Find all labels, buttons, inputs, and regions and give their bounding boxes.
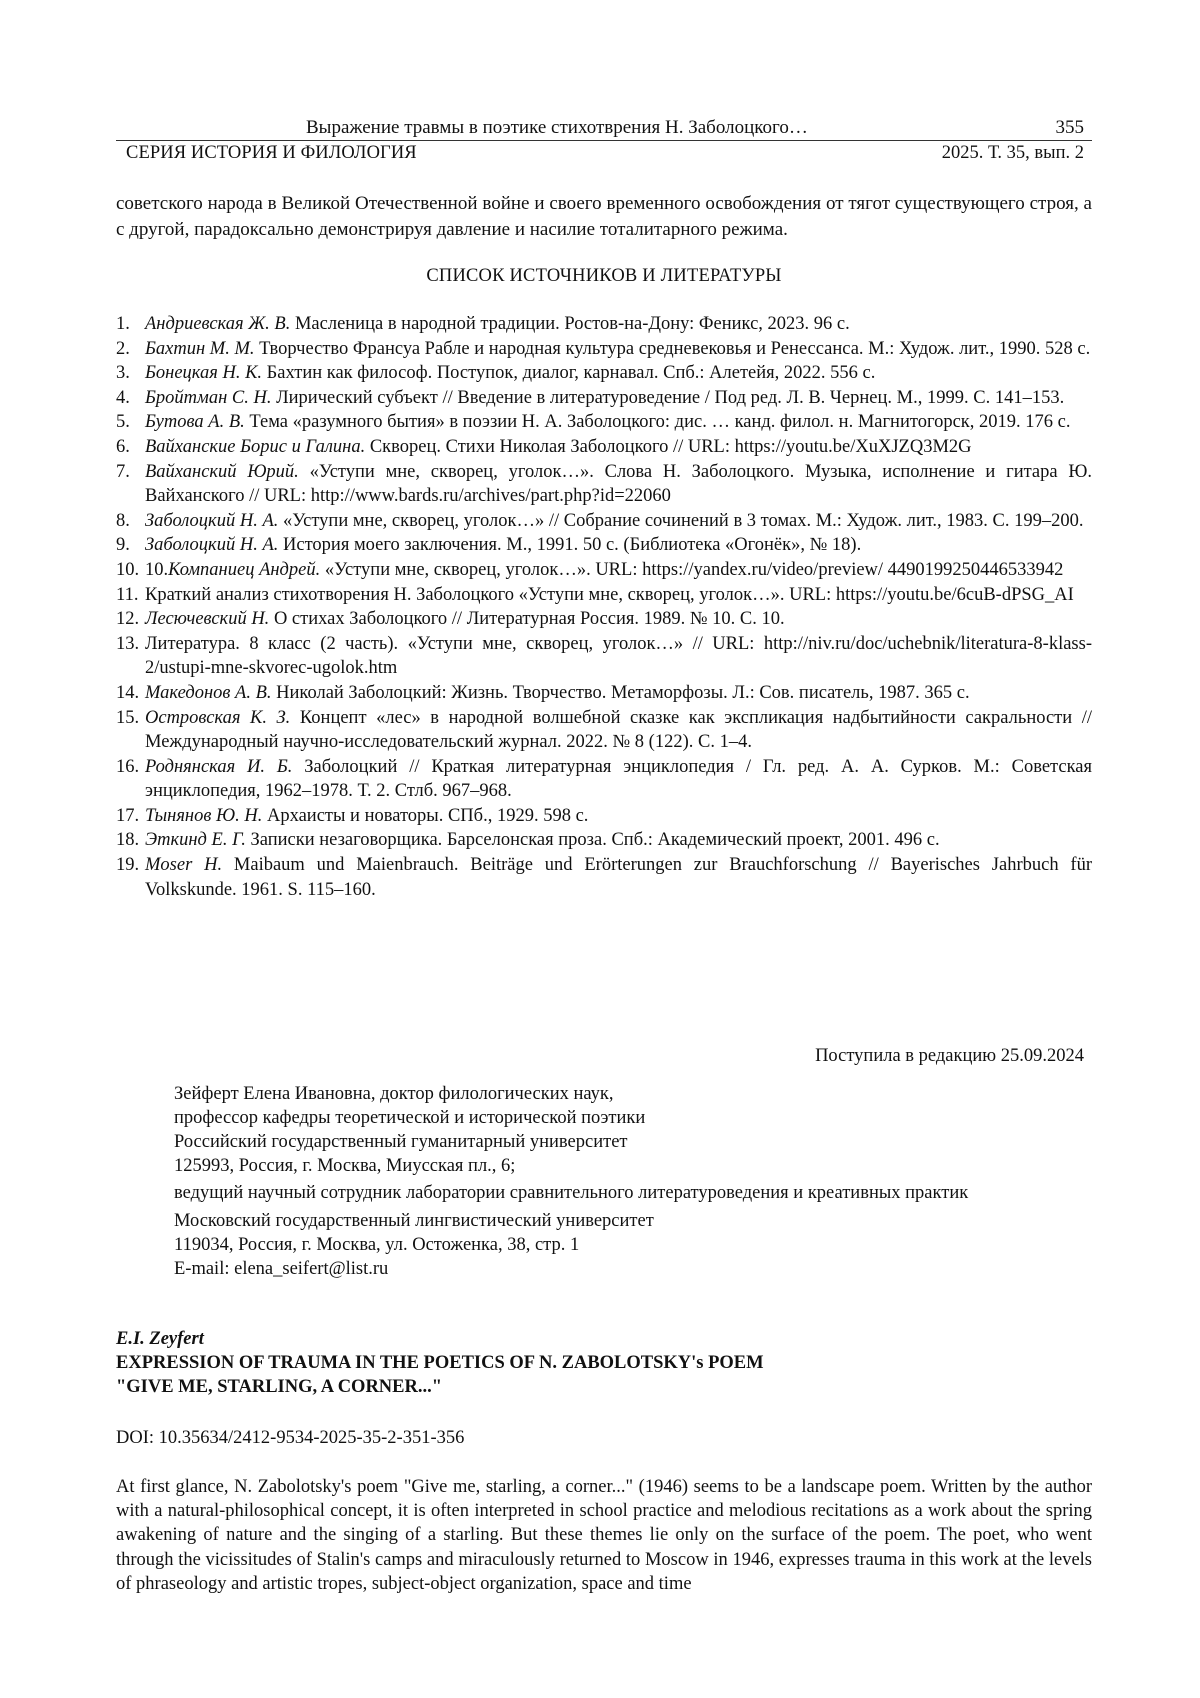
- reference-author: Moser H.: [145, 855, 222, 875]
- reference-number: 4.: [116, 386, 130, 411]
- reference-number: 3.: [116, 361, 130, 386]
- reference-number: 16.: [116, 755, 139, 780]
- reference-text: О стихах Заболоцкого // Литературная Рос…: [269, 609, 784, 629]
- reference-number: 13.: [116, 632, 139, 657]
- reference-number: 19.: [116, 853, 139, 878]
- reference-prefix: 10.: [145, 560, 168, 580]
- reference-item: 8.Заболоцкий Н. А. «Уступи мне, скворец,…: [116, 509, 1092, 534]
- affil-university: Российский государственный гуманитарный …: [174, 1130, 1074, 1154]
- reference-item: 7.Вайханский Юрий. «Уступи мне, скворец,…: [116, 460, 1092, 509]
- reference-author: Заболоцкий Н. А.: [145, 511, 278, 531]
- reference-text: «Уступи мне, скворец, уголок…». URL: htt…: [320, 560, 1063, 580]
- reference-author: Островская К. З.: [145, 708, 290, 728]
- reference-text: Творчество Франсуа Рабле и народная куль…: [254, 339, 1090, 359]
- reference-text: Николай Заболоцкий: Жизнь. Творчество. М…: [272, 683, 970, 703]
- references-heading: СПИСОК ИСТОЧНИКОВ И ЛИТЕРАТУРЫ: [116, 264, 1092, 288]
- reference-number: 1.: [116, 312, 130, 337]
- series-line: СЕРИЯ ИСТОРИЯ И ФИЛОЛОГИЯ 2025. Т. 35, в…: [116, 142, 1092, 164]
- reference-item: 2.Бахтин М. М. Творчество Франсуа Рабле …: [116, 337, 1092, 362]
- reference-text: История моего заключения. М., 1991. 50 с…: [278, 535, 861, 555]
- reference-number: 9.: [116, 533, 130, 558]
- reference-number: 2.: [116, 337, 130, 362]
- reference-item: 19.Moser H. Maibaum und Maienbrauch. Bei…: [116, 853, 1092, 902]
- reference-item: 9.Заболоцкий Н. А. История моего заключе…: [116, 533, 1092, 558]
- reference-author: Тынянов Ю. Н.: [145, 806, 262, 826]
- reference-item: 17.Тынянов Ю. Н. Архаисты и новаторы. СП…: [116, 804, 1092, 829]
- reference-text: Бахтин как философ. Поступок, диалог, ка…: [262, 363, 875, 383]
- reference-number: 10.: [116, 558, 139, 583]
- affil-position-2: ведущий научный сотрудник лаборатории ср…: [174, 1181, 1074, 1205]
- reference-text: Скворец. Стихи Николая Заболоцкого // UR…: [365, 437, 971, 457]
- reference-number: 6.: [116, 435, 130, 460]
- reference-text: Архаисты и новаторы. СПб., 1929. 598 с.: [262, 806, 588, 826]
- reference-list: 1.Андриевская Ж. В. Масленица в народной…: [116, 312, 1092, 902]
- reference-item: 11.Краткий анализ стихотворения Н. Забол…: [116, 583, 1092, 608]
- reference-text: Литература. 8 класс (2 часть). «Уступи м…: [145, 634, 1092, 679]
- reference-text: Тема «разумного бытия» в поэзии Н. А. За…: [245, 412, 1071, 432]
- reference-number: 8.: [116, 509, 130, 534]
- reference-item: 14.Македонов А. В. Николай Заболоцкий: Ж…: [116, 681, 1092, 706]
- affil-position: профессор кафедры теоретической и истори…: [174, 1106, 1074, 1130]
- reference-item: 4.Бройтман С. Н. Лирический субъект // В…: [116, 386, 1092, 411]
- reference-item: 10.10.Компаниец Андрей. «Уступи мне, скв…: [116, 558, 1092, 583]
- reference-author: Заболоцкий Н. А.: [145, 535, 278, 555]
- reference-item: 3.Бонецкая Н. К. Бахтин как философ. Пос…: [116, 361, 1092, 386]
- english-title-line-1: EXPRESSION OF TRAUMA IN THE POETICS OF N…: [116, 1351, 1092, 1375]
- affil-address: 125993, Россия, г. Москва, Миусская пл.,…: [174, 1154, 1074, 1178]
- english-summary: E.I. Zeyfert EXPRESSION OF TRAUMA IN THE…: [116, 1327, 1092, 1596]
- reference-item: 15.Островская К. З. Концепт «лес» в наро…: [116, 706, 1092, 755]
- reference-number: 15.: [116, 706, 139, 731]
- reference-author: Вайханские Борис и Галина.: [145, 437, 365, 457]
- reference-number: 7.: [116, 460, 130, 485]
- reference-text: Записки незаговорщика. Барселонская проз…: [246, 830, 940, 850]
- issue-info: 2025. Т. 35, вып. 2: [942, 142, 1084, 164]
- reference-item: 1.Андриевская Ж. В. Масленица в народной…: [116, 312, 1092, 337]
- running-title: Выражение травмы в поэтике стихотврения …: [306, 116, 808, 140]
- english-abstract: At first glance, N. Zabolotsky's poem "G…: [116, 1475, 1092, 1596]
- reference-number: 5.: [116, 410, 130, 435]
- reference-item: 12.Лесючевский Н. О стихах Заболоцкого /…: [116, 607, 1092, 632]
- received-date: Поступила в редакцию 25.09.2024: [815, 1044, 1084, 1068]
- header-rule: [116, 140, 1092, 141]
- author-affiliation: Зейферт Елена Ивановна, доктор филологич…: [174, 1082, 1074, 1281]
- reference-author: Бройтман С. Н.: [145, 388, 271, 408]
- reference-number: 12.: [116, 607, 139, 632]
- reference-author: Бонецкая Н. К.: [145, 363, 262, 383]
- reference-author: Бутова А. В.: [145, 412, 245, 432]
- reference-author: Бахтин М. М.: [145, 339, 254, 359]
- reference-item: 6.Вайханские Борис и Галина. Скворец. Ст…: [116, 435, 1092, 460]
- reference-text: «Уступи мне, скворец, уголок…» // Собран…: [278, 511, 1083, 531]
- doi[interactable]: DOI: 10.35634/2412-9534-2025-35-2-351-35…: [116, 1426, 1092, 1450]
- reference-number: 18.: [116, 828, 139, 853]
- reference-number: 14.: [116, 681, 139, 706]
- affil-university-2: Московский государственный лингвистическ…: [174, 1209, 1074, 1233]
- reference-text: Масленица в народной традиции. Ростов-на…: [290, 314, 849, 334]
- reference-number: 17.: [116, 804, 139, 829]
- affil-email[interactable]: E-mail: elena_seifert@list.ru: [174, 1257, 1074, 1281]
- page-number: 355: [1056, 116, 1085, 140]
- reference-item: 13.Литература. 8 класс (2 часть). «Уступ…: [116, 632, 1092, 681]
- affil-name: Зейферт Елена Ивановна, доктор филологич…: [174, 1082, 1074, 1106]
- body-paragraph: советского народа в Великой Отечественно…: [116, 191, 1092, 243]
- english-author: E.I. Zeyfert: [116, 1327, 1092, 1351]
- reference-author: Лесючевский Н.: [145, 609, 269, 629]
- reference-number: 11.: [116, 583, 138, 608]
- reference-author: Андриевская Ж. В.: [145, 314, 290, 334]
- reference-item: 18.Эткинд Е. Г. Записки незаговорщика. Б…: [116, 828, 1092, 853]
- reference-author: Роднянская И. Б.: [145, 757, 292, 777]
- reference-item: 16.Роднянская И. Б. Заболоцкий // Кратка…: [116, 755, 1092, 804]
- reference-author: Эткинд Е. Г.: [145, 830, 246, 850]
- english-title-line-2: "GIVE ME, STARLING, A CORNER...": [116, 1375, 1092, 1399]
- reference-author: Компаниец Андрей.: [168, 560, 320, 580]
- affil-address-2: 119034, Россия, г. Москва, ул. Остоженка…: [174, 1233, 1074, 1257]
- running-header: Выражение травмы в поэтике стихотврения …: [116, 116, 1092, 140]
- reference-author: Вайханский Юрий.: [145, 462, 299, 482]
- reference-author: Македонов А. В.: [145, 683, 272, 703]
- reference-text: Лирический субъект // Введение в литерат…: [271, 388, 1064, 408]
- series-name: СЕРИЯ ИСТОРИЯ И ФИЛОЛОГИЯ: [126, 142, 417, 164]
- reference-text: Maibaum und Maienbrauch. Beiträge und Er…: [145, 855, 1092, 900]
- reference-item: 5.Бутова А. В. Тема «разумного бытия» в …: [116, 410, 1092, 435]
- reference-text: Краткий анализ стихотворения Н. Заболоцк…: [145, 585, 1074, 605]
